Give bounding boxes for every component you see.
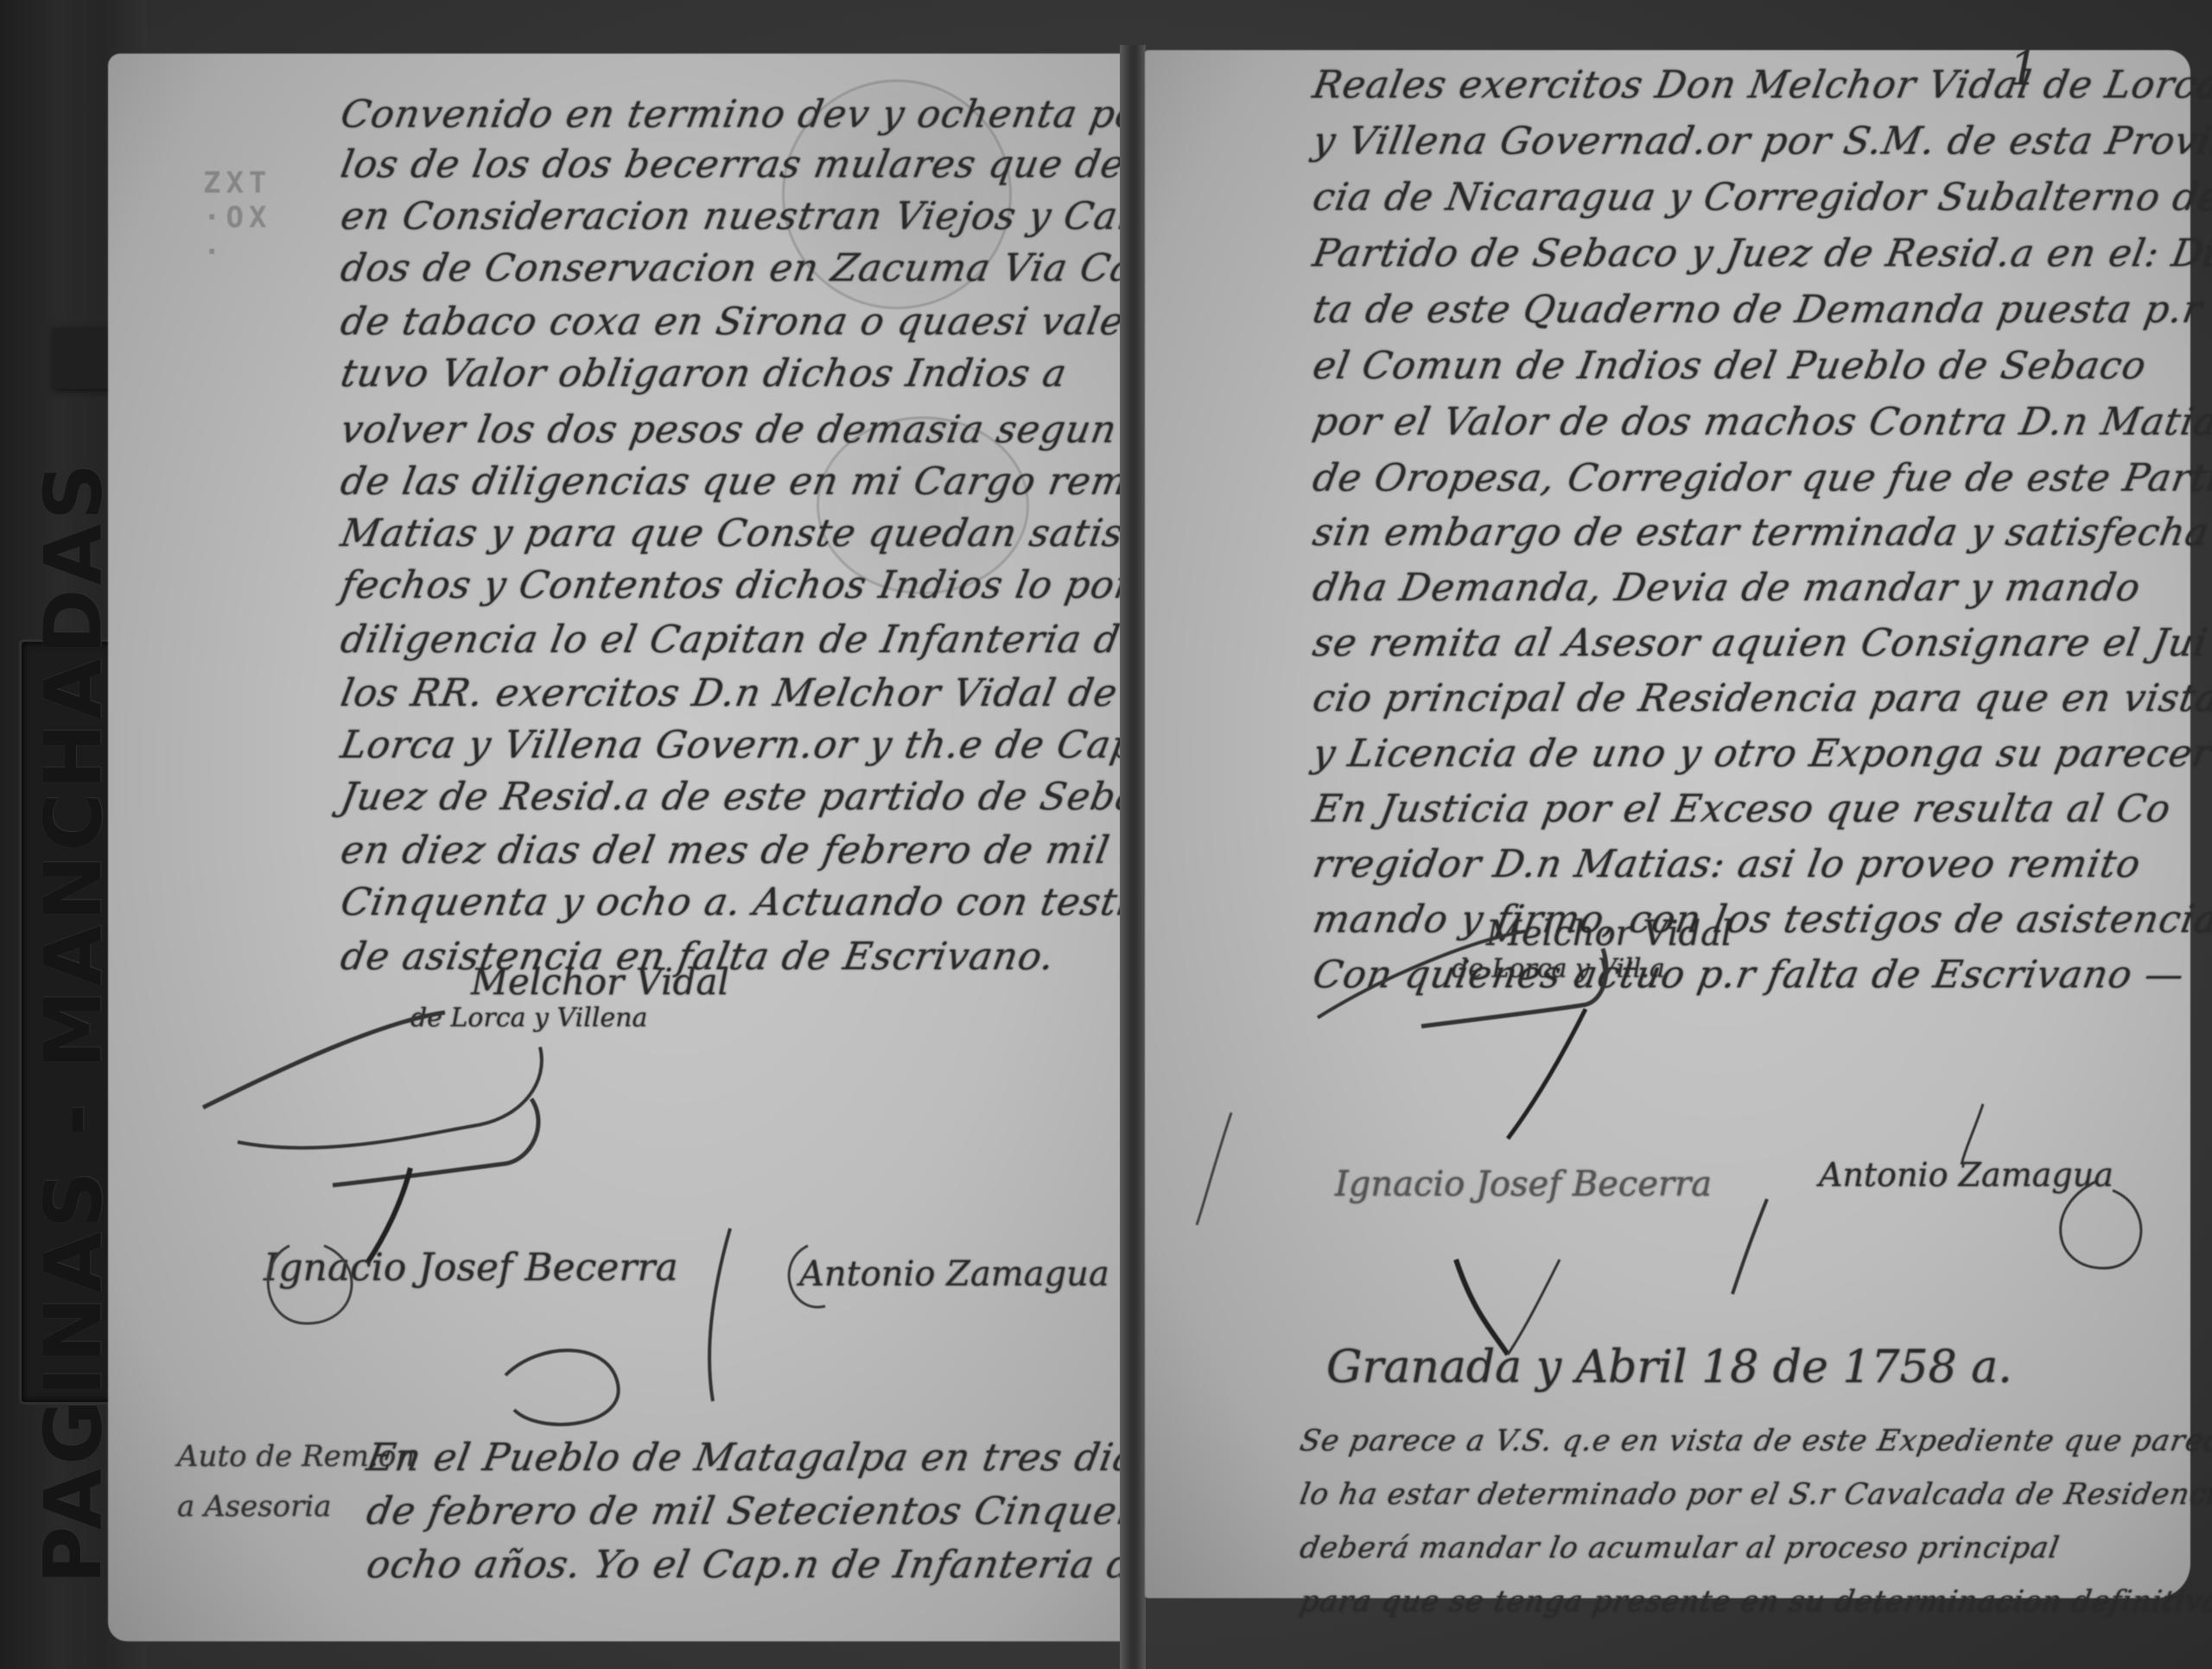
text-line: cia de Nicaragua y Corregidor Subalterno… — [1310, 175, 2212, 219]
text-line: en diez dias del mes de febrero de mil s… — [338, 828, 1170, 873]
text-line: Juez de Resid.a de este partido de Sebac… — [338, 775, 1190, 819]
bleed-through-stamp: ZXT ·OX · — [203, 166, 271, 270]
text-line: y Villena Governad.or por S.M. de esta P… — [1310, 119, 2212, 163]
text-line: Reales exercitos Don Melchor Vidal de Lo… — [1310, 63, 2212, 107]
text-line: cio principal de Residencia para que en … — [1310, 676, 2212, 720]
bleed-through-line: · — [203, 235, 271, 270]
text-line: por el Valor de dos machos Contra D.n Ma… — [1310, 400, 2212, 444]
spine-label-text: PAGINAS - MANCHADAS — [28, 460, 120, 1584]
text-line: Cinquenta y ocho a. Actuando con testig — [338, 880, 1160, 924]
text-line: sin embargo de estar terminada y satisfe… — [1310, 511, 2212, 555]
text-line: Lorca y Villena Govern.or y th.e de Cap.… — [338, 723, 1235, 767]
page-gutter — [1120, 45, 1146, 1669]
bleed-through-line: ZXT — [203, 166, 271, 200]
text-line: volver los dos pesos de demasia segun Co… — [338, 408, 1233, 452]
text-line: para que se tenga presente en su determi… — [1297, 1584, 2212, 1619]
text-line: en Consideracion nuestran Viejos y Cansa — [338, 194, 1192, 238]
text-line: fechos y Contentos dichos Indios lo pong… — [338, 563, 1231, 607]
text-line: En Justicia por el Exceso que resulta al… — [1310, 787, 2175, 831]
text-line: se remita al Asesor aquien Consignare el… — [1310, 621, 2211, 665]
text-line: y Licencia de uno y otro Exponga su pare… — [1310, 732, 2212, 776]
text-line: dha Demanda, Devia de mandar y mando — [1310, 566, 2145, 610]
text-line: de febrero de mil Setecientos Cinquenta … — [364, 1489, 1222, 1533]
text-line: deberá mandar lo acumular al proceso pri… — [1297, 1531, 2062, 1565]
bleed-through-line: ·OX — [203, 200, 271, 235]
rubric-flourish-icon — [255, 1211, 1119, 1436]
microfilm-frame: PAGINAS - MANCHADAS ZXT ·OX · Convenido … — [0, 0, 2212, 1669]
text-line: de tabaco coxa en Sirona o quaesi valen — [338, 300, 1154, 344]
right-page: 1 Reales exercitos Don Melchor Vidal de … — [1145, 50, 2190, 1598]
text-line: diligencia lo el Capitan de Infanteria d — [338, 618, 1124, 662]
text-line: dos de Conservacion en Zacuma Via Cargas — [338, 246, 1226, 290]
text-line: lo ha estar determinado por el S.r Caval… — [1297, 1477, 2212, 1512]
text-line: de las diligencias que en mi Cargo remit… — [338, 460, 1224, 504]
text-line: los RR. exercitos D.n Melchor Vidal de — [338, 671, 1122, 715]
text-line: el Comun de Indios del Pueblo de Sebaco — [1310, 344, 2151, 388]
text-line: rregidor D.n Matias: asi lo proveo remit… — [1310, 842, 2145, 886]
rubric-flourish-icon — [1179, 1069, 2182, 1380]
date-heading: Granada y Abril 18 de 1758 a. — [1326, 1342, 2012, 1393]
text-line: ta de este Quaderno de Demanda puesta p.… — [1310, 288, 2207, 332]
text-line: de Oropesa, Corregidor que fue de este P… — [1310, 456, 2212, 500]
text-line: ocho años. Yo el Cap.n de Infanteria de … — [364, 1543, 1210, 1587]
text-line: Matias y para que Conste quedan satis — [338, 511, 1128, 555]
text-line: tuvo Valor obligaron dichos Indios a — [338, 352, 1071, 396]
left-page: ZXT ·OX · Convenido en termino dev y och… — [108, 54, 1138, 1641]
text-line: Partido de Sebaco y Juez de Resid.a en e… — [1310, 232, 2212, 276]
text-line: Se parece a V.S. q.e en vista de este Ex… — [1297, 1424, 2212, 1458]
